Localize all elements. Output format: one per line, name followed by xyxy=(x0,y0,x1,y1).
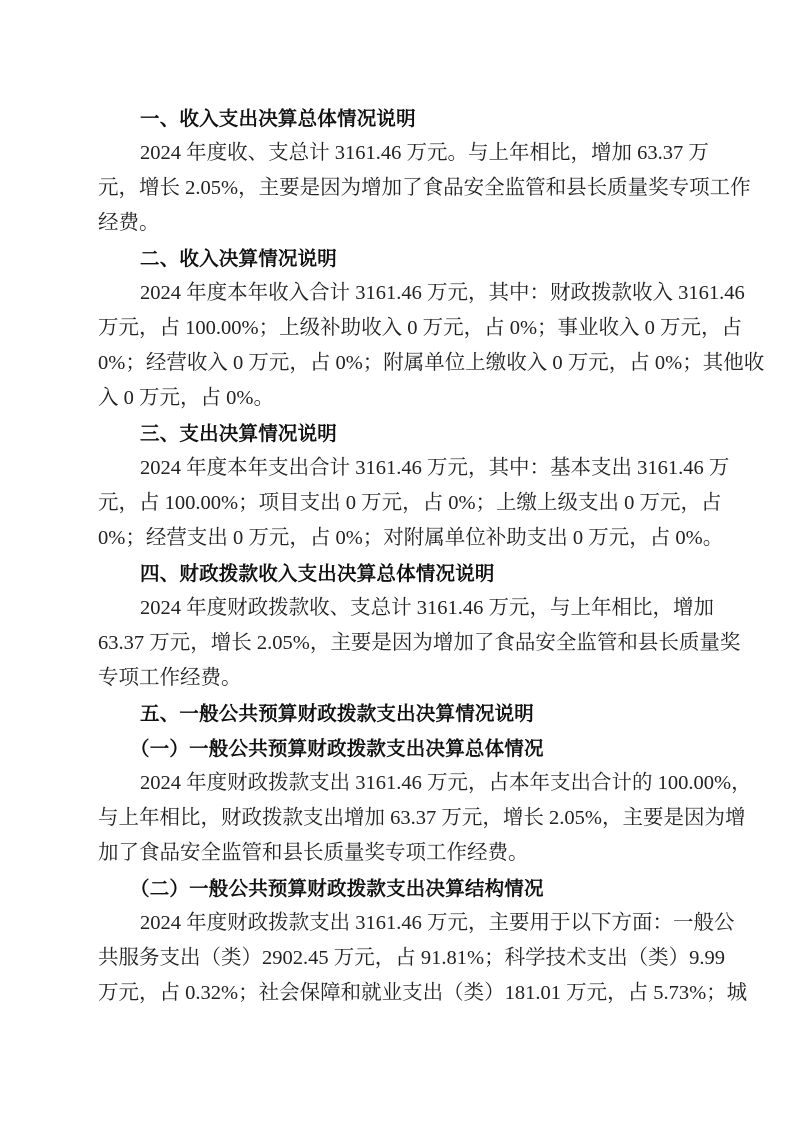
section-heading: 二、收入决算情况说明 xyxy=(98,241,696,276)
paragraph-line: 63.37 万元，增长 2.05%，主要是因为增加了食品安全监管和县长质量奖 xyxy=(98,626,696,661)
paragraph-line: 加了食品安全监管和县长质量奖专项工作经费。 xyxy=(98,836,696,871)
paragraph-line: 专项工作经费。 xyxy=(98,661,696,696)
paragraph-line: 2024 年度本年支出合计 3161.46 万元，其中：基本支出 3161.46… xyxy=(98,451,696,486)
paragraph-line: 万元，占 0.32%；社会保障和就业支出（类）181.01 万元，占 5.73%… xyxy=(98,976,696,1011)
paragraph-line: 元，增长 2.05%，主要是因为增加了食品安全监管和县长质量奖专项工作 xyxy=(98,171,696,206)
paragraph-line: 2024 年度本年收入合计 3161.46 万元，其中：财政拨款收入 3161.… xyxy=(98,276,696,311)
paragraph-line: 与上年相比，财政拨款支出增加 63.37 万元，增长 2.05%，主要是因为增 xyxy=(98,801,696,836)
subsection-heading: （二）一般公共预算财政拨款支出决算结构情况 xyxy=(98,871,696,906)
section-heading: 三、支出决算情况说明 xyxy=(98,416,696,451)
paragraph-line: 经费。 xyxy=(98,206,696,241)
paragraph-line: 2024 年度财政拨款支出 3161.46 万元，主要用于以下方面：一般公 xyxy=(98,906,696,941)
paragraph-line: 元，占 100.00%；项目支出 0 万元，占 0%；上缴上级支出 0 万元，占 xyxy=(98,486,696,521)
document-page: 一、收入支出决算总体情况说明 2024 年度收、支总计 3161.46 万元。与… xyxy=(98,101,696,1011)
paragraph-line: 0%；经营收入 0 万元，占 0%；附属单位上缴收入 0 万元，占 0%；其他收 xyxy=(98,346,696,381)
paragraph-line: 万元，占 100.00%；上级补助收入 0 万元，占 0%；事业收入 0 万元，… xyxy=(98,311,696,346)
paragraph-line: 共服务支出（类）2902.45 万元，占 91.81%；科学技术支出（类）9.9… xyxy=(98,941,696,976)
paragraph-line: 2024 年度收、支总计 3161.46 万元。与上年相比，增加 63.37 万 xyxy=(98,136,696,171)
subsection-heading: （一）一般公共预算财政拨款支出决算总体情况 xyxy=(98,731,696,766)
section-heading: 一、收入支出决算总体情况说明 xyxy=(98,101,696,136)
section-heading: 四、财政拨款收入支出决算总体情况说明 xyxy=(98,556,696,591)
paragraph-line: 2024 年度财政拨款收、支总计 3161.46 万元，与上年相比，增加 xyxy=(98,591,696,626)
paragraph-line: 2024 年度财政拨款支出 3161.46 万元，占本年支出合计的 100.00… xyxy=(98,766,696,801)
paragraph-line: 0%；经营支出 0 万元，占 0%；对附属单位补助支出 0 万元，占 0%。 xyxy=(98,521,696,556)
section-heading: 五、一般公共预算财政拨款支出决算情况说明 xyxy=(98,696,696,731)
paragraph-line: 入 0 万元，占 0%。 xyxy=(98,381,696,416)
